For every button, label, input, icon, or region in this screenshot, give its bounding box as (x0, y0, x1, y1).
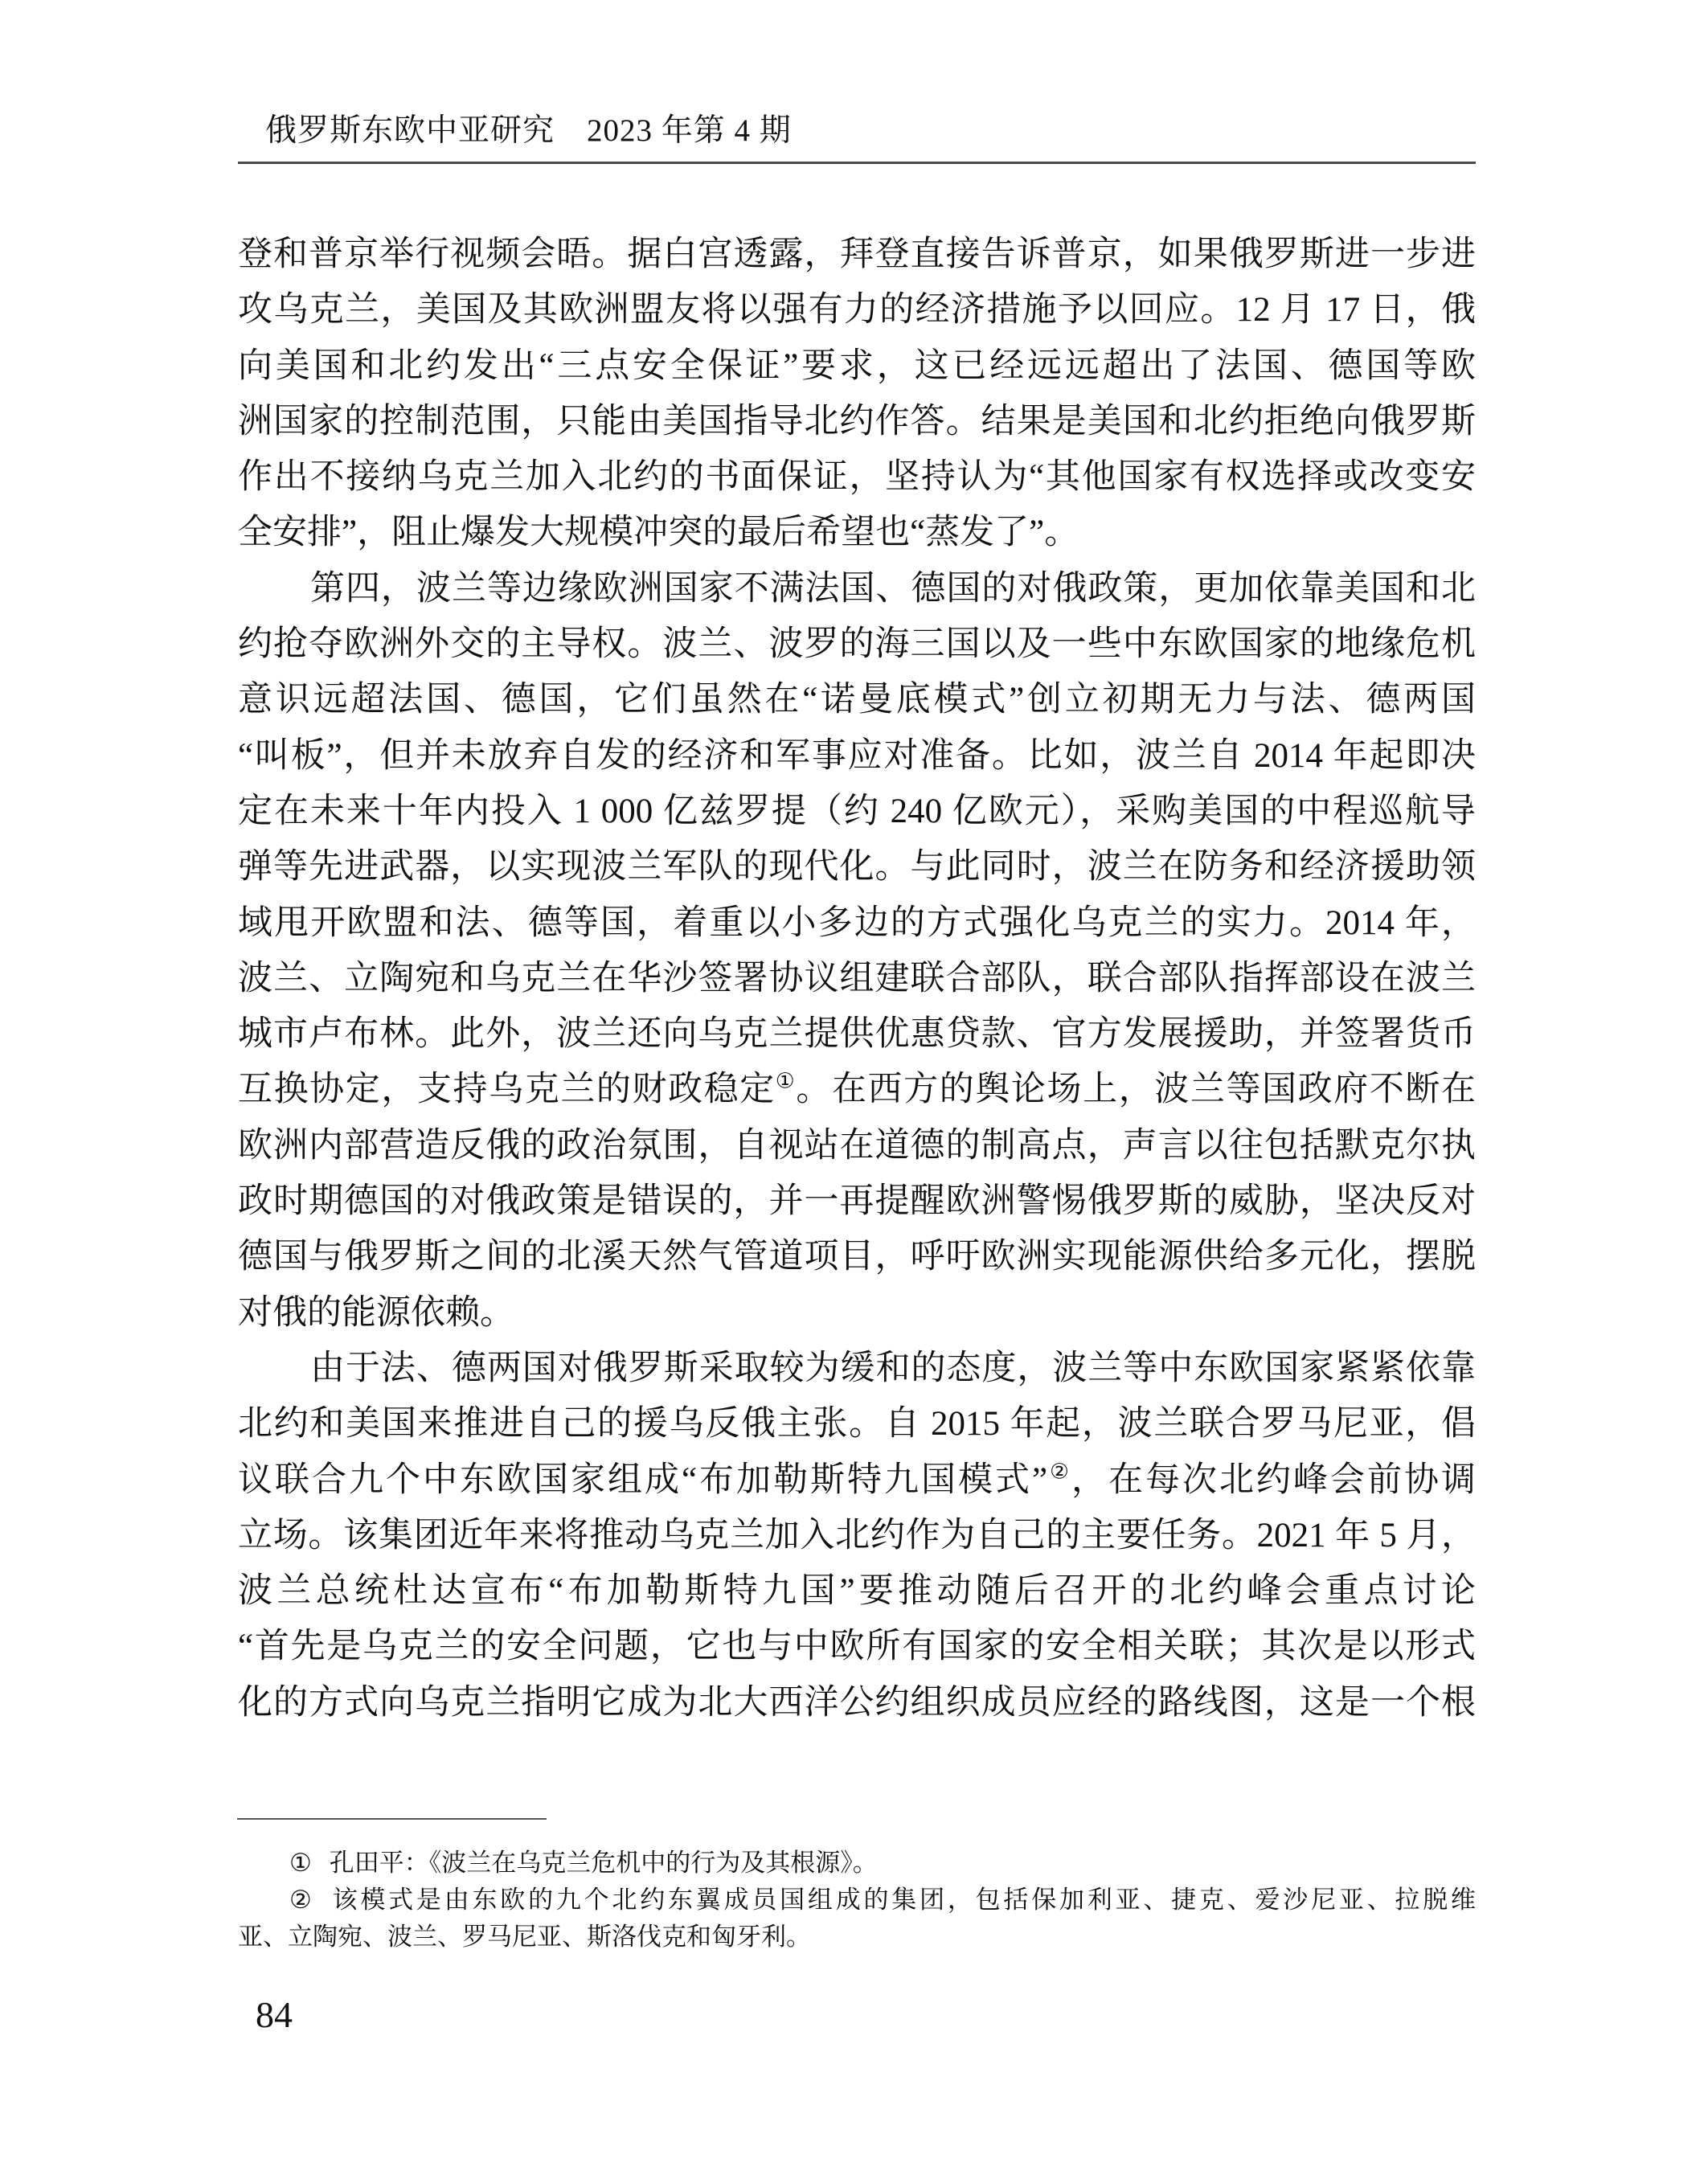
footnote-1-marker: ① (289, 1849, 312, 1877)
footnote-2-marker: ② (289, 1886, 315, 1914)
journal-header: 俄罗斯东欧中亚研究 2023 年第 4 期 (265, 113, 792, 149)
footnote-2-continued: 亚、立陶宛、波兰、罗马尼亚、斯洛伐克和匈牙利。 (238, 1919, 1476, 1956)
footnotes: ①孔田平：《波兰在乌克兰危机中的行为及其根源》。 ②该模式是由东欧的九个北约东翼… (238, 1845, 1476, 1956)
body-text-segment: ，在每次北约峰会前协调 (1071, 1461, 1476, 1499)
body-line-paragraph-start: 第四，波兰等边缘欧洲国家不满法国、德国的对俄政策，更加依靠美国和北 (238, 561, 1476, 616)
footnote-1-text: 孔田平：《波兰在乌克兰危机中的行为及其根源》。 (330, 1849, 878, 1877)
body-line: 约抢夺欧洲外交的主导权。波兰、波罗的海三国以及一些中东欧国家的地缘危机 (238, 616, 1476, 672)
body-line: 弹等先进武器，以实现波兰军队的现代化。与此同时，波兰在防务和经济援助领 (238, 839, 1476, 895)
body-line: “叫板”，但并未放弃自发的经济和军事应对准备。比如，波兰自 2014 年起即决 (238, 728, 1476, 784)
body-line: 城市卢布林。此外，波兰还向乌克兰提供优惠贷款、官方发展援助，并签署货币 (238, 1006, 1476, 1062)
body-line: 登和普京举行视频会晤。据白宫透露，拜登直接告诉普京，如果俄罗斯进一步进 (238, 227, 1476, 282)
body-text-segment: 议联合九个中东欧国家组成“布加勒斯特九国模式” (238, 1461, 1047, 1499)
body-line: 波兰、立陶宛和乌克兰在华沙签署协议组建联合部队，联合部队指挥部设在波兰 (238, 951, 1476, 1006)
article-body: 登和普京举行视频会晤。据白宫透露，拜登直接告诉普京，如果俄罗斯进一步进 攻乌克兰… (238, 227, 1476, 1730)
body-line: 洲国家的控制范围，只能由美国指导北约作答。结果是美国和北约拒绝向俄罗斯 (238, 394, 1476, 449)
body-line: 北约和美国来推进自己的援乌反俄主张。自 2015 年起，波兰联合罗马尼亚，倡 (238, 1396, 1476, 1452)
body-line: 对俄的能源依赖。 (238, 1285, 1476, 1341)
header-divider (238, 162, 1476, 164)
body-line: 作出不接纳乌克兰加入北约的书面保证，坚持认为“其他国家有权选择或改变安 (238, 449, 1476, 505)
body-line-paragraph-start: 由于法、德两国对俄罗斯采取较为缓和的态度，波兰等中东欧国家紧紧依靠 (238, 1341, 1476, 1396)
body-line: 定在未来十年内投入 1 000 亿兹罗提（约 240 亿欧元），采购美国的中程巡… (238, 784, 1476, 839)
body-line: 全安排”，阻止爆发大规模冲突的最后希望也“蒸发了”。 (238, 505, 1476, 560)
body-line: 政时期德国的对俄政策是错误的，并一再提醒欧洲警惕俄罗斯的威胁，坚决反对 (238, 1173, 1476, 1229)
footnote-ref-1: ① (776, 1069, 797, 1093)
footnote-2: ②该模式是由东欧的九个北约东翼成员国组成的集团，包括保加利亚、捷克、爱沙尼亚、拉… (238, 1882, 1476, 1919)
body-text-segment: 。在西方的舆论场上，波兰等国政府不断在 (796, 1071, 1476, 1108)
footnote-divider (237, 1818, 547, 1820)
footnote-ref-2: ② (1047, 1459, 1071, 1483)
body-line: 议联合九个中东欧国家组成“布加勒斯特九国模式”②，在每次北约峰会前协调 (238, 1452, 1476, 1508)
body-line: 欧洲内部营造反俄的政治氛围，自视站在道德的制高点，声言以往包括默克尔执 (238, 1118, 1476, 1173)
body-line: 德国与俄罗斯之间的北溪天然气管道项目，呼吁欧洲实现能源供给多元化，摆脱 (238, 1229, 1476, 1284)
page-number: 84 (256, 1995, 293, 2035)
body-line: “首先是乌克兰的安全问题，它也与中欧所有国家的安全相关联；其次是以形式 (238, 1619, 1476, 1674)
body-line: 波兰总统杜达宣布“布加勒斯特九国”要推动随后召开的北约峰会重点讨论 (238, 1563, 1476, 1619)
body-line: 互换协定，支持乌克兰的财政稳定①。在西方的舆论场上，波兰等国政府不断在 (238, 1062, 1476, 1117)
body-line: 域甩开欧盟和法、德等国，着重以小多边的方式强化乌克兰的实力。2014 年， (238, 895, 1476, 951)
body-line: 立场。该集团近年来将推动乌克兰加入北约作为自己的主要任务。2021 年 5 月， (238, 1508, 1476, 1563)
body-line: 向美国和北约发出“三点安全保证”要求，这已经远远超出了法国、德国等欧 (238, 338, 1476, 394)
footnote-1: ①孔田平：《波兰在乌克兰危机中的行为及其根源》。 (238, 1845, 1476, 1882)
body-text-segment: 互换协定，支持乌克兰的财政稳定 (238, 1071, 776, 1108)
footnote-2-text: 该模式是由东欧的九个北约东翼成员国组成的集团，包括保加利亚、捷克、爱沙尼亚、拉脱… (333, 1886, 1476, 1914)
body-line: 攻乌克兰，美国及其欧洲盟友将以强有力的经济措施予以回应。12 月 17 日，俄 (238, 282, 1476, 338)
page: 俄罗斯东欧中亚研究 2023 年第 4 期 登和普京举行视频会晤。据白宫透露，拜… (0, 0, 1708, 2183)
body-line: 意识远超法国、德国，它们虽然在“诺曼底模式”创立初期无力与法、德两国 (238, 672, 1476, 727)
body-line: 化的方式向乌克兰指明它成为北大西洋公约组织成员应经的路线图，这是一个根 (238, 1675, 1476, 1730)
